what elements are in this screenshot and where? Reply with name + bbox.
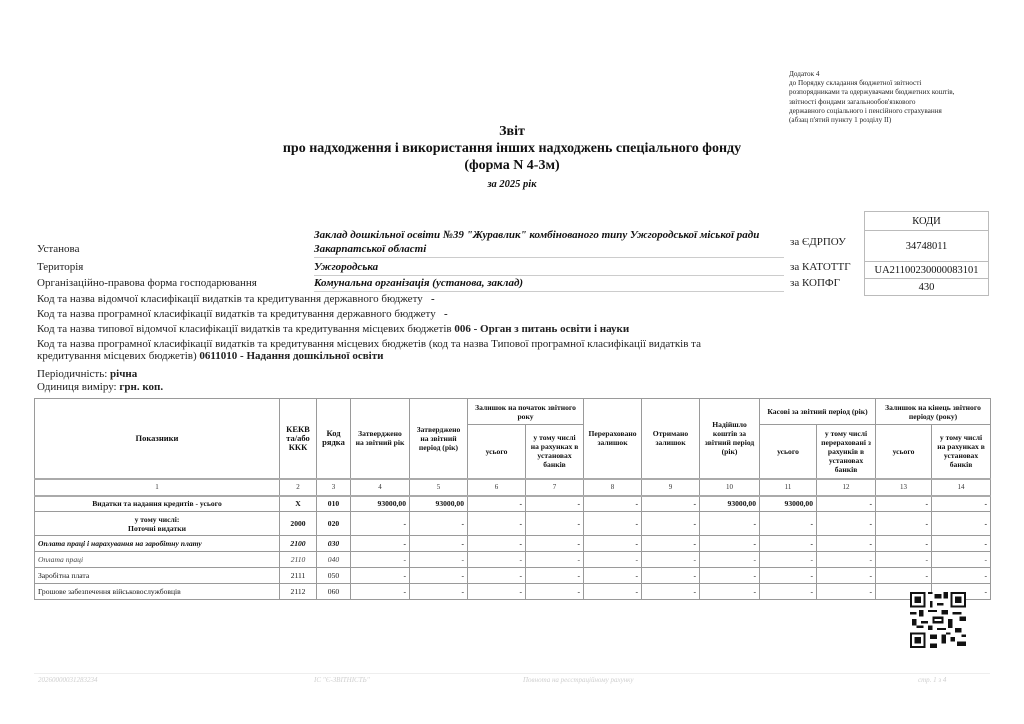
row-value: - <box>642 512 700 536</box>
column-number: 1 <box>35 479 280 496</box>
col-transferred: Перераховано залишок <box>584 399 642 479</box>
qr-code-icon <box>910 592 966 648</box>
row-code: 040 <box>317 552 351 568</box>
footer-page: стр. 1 з 4 <box>918 676 946 684</box>
appendix-line: до Порядку складання бюджетної звітності <box>789 79 1019 88</box>
classification-line-4a: Код та назва програмної класифікації вид… <box>37 338 701 350</box>
col-balance-end-banks: у тому числі на рахунках в установах бан… <box>932 425 991 479</box>
row-value: - <box>410 536 468 552</box>
column-number: 3 <box>317 479 351 496</box>
col-approved-period: Затверджено на звітний період (рік) <box>410 399 468 479</box>
row-value: - <box>642 568 700 584</box>
row-value: - <box>932 536 991 552</box>
row-value: - <box>468 568 526 584</box>
row-value: - <box>584 584 642 600</box>
row-kekv: X <box>280 496 317 512</box>
table-row: Оплата праці2110040----------- <box>35 552 991 568</box>
row-value: - <box>817 512 876 536</box>
row-kekv: 2000 <box>280 512 317 536</box>
row-indicator: Видатки та надання кредитів - усього <box>35 496 280 512</box>
col-funds-received: Надійшло коштів за звітний період (рік) <box>700 399 760 479</box>
institution-name-line1: Заклад дошкільної освіти №39 "Журавлик" … <box>314 229 759 241</box>
row-value: - <box>817 536 876 552</box>
kopfg-label: за КОПФГ <box>790 277 840 289</box>
row-value: - <box>642 584 700 600</box>
row-value: - <box>932 512 991 536</box>
row-indicator-text: Поточні видатки <box>38 524 276 533</box>
table-row: у тому числі:Поточні видатки2000020-----… <box>35 512 991 536</box>
col-kekv: КЕКВ та/або ККК <box>280 399 317 479</box>
row-value: - <box>760 568 817 584</box>
col-balance-start-banks: у тому числі на рахунках в установах бан… <box>526 425 584 479</box>
report-period: за 2025 рік <box>0 179 1024 190</box>
column-number: 10 <box>700 479 760 496</box>
row-value: - <box>526 496 584 512</box>
report-subtitle: про надходження і використання інших над… <box>0 141 1024 157</box>
row-code: 020 <box>317 512 351 536</box>
katottg-label: за КАТОТТГ <box>790 261 851 273</box>
row-value: - <box>700 552 760 568</box>
row-value: - <box>526 552 584 568</box>
row-value: 93000,00 <box>351 496 410 512</box>
row-kekv: 2112 <box>280 584 317 600</box>
org-form-label: Організаційно-правова форма господарюван… <box>37 277 257 289</box>
row-value: - <box>760 536 817 552</box>
row-code: 060 <box>317 584 351 600</box>
row-value: - <box>817 552 876 568</box>
row-value: 93000,00 <box>410 496 468 512</box>
divider <box>314 275 784 276</box>
edrpou-code: 34748011 <box>865 231 989 262</box>
row-value: - <box>410 584 468 600</box>
row-value: - <box>876 536 932 552</box>
row-kekv: 2111 <box>280 568 317 584</box>
row-value: - <box>584 512 642 536</box>
row-code: 030 <box>317 536 351 552</box>
row-value: - <box>932 552 991 568</box>
col-received: Отримано залишок <box>642 399 700 479</box>
codes-table: КОДИ 34748011 UA21100230000083101 430 <box>864 211 989 296</box>
row-value: - <box>876 568 932 584</box>
row-value: - <box>932 568 991 584</box>
column-number: 11 <box>760 479 817 496</box>
column-number: 7 <box>526 479 584 496</box>
row-indicator-text: Грошове забезпечення військовослужбовців <box>38 587 276 596</box>
row-value: - <box>526 512 584 536</box>
row-value: - <box>700 536 760 552</box>
row-value: - <box>700 584 760 600</box>
row-value: - <box>700 568 760 584</box>
row-value: - <box>876 552 932 568</box>
org-form-value: Комунальна організація (установа, заклад… <box>314 277 523 289</box>
row-value: - <box>410 512 468 536</box>
row-indicator-text: Оплата праці і нарахування на заробітну … <box>38 539 276 548</box>
divider <box>314 257 784 258</box>
table-row: Видатки та надання кредитів - усьогоX010… <box>35 496 991 512</box>
edrpou-label: за ЄДРПОУ <box>790 236 846 248</box>
row-value: - <box>468 536 526 552</box>
row-value: - <box>642 496 700 512</box>
col-indicators: Показники <box>35 399 280 479</box>
row-value: 93000,00 <box>760 496 817 512</box>
col-cash-total: усього <box>760 425 817 479</box>
classification-line-1: Код та назва відомчої класифікації видат… <box>37 293 435 305</box>
row-value: - <box>584 552 642 568</box>
row-code: 050 <box>317 568 351 584</box>
row-value: - <box>468 496 526 512</box>
institution-name-line2: Закарпатської області <box>314 243 426 255</box>
row-indicator-text: Оплата праці <box>38 555 276 564</box>
column-number-row: 1234567891011121314 <box>35 479 991 496</box>
row-value: - <box>351 512 410 536</box>
row-indicator-text: Видатки та надання кредитів - усього <box>38 499 276 508</box>
row-value: - <box>468 512 526 536</box>
classification-line-2: Код та назва програмної класифікації вид… <box>37 308 448 320</box>
row-value: - <box>760 552 817 568</box>
row-value: - <box>351 552 410 568</box>
appendix-line: державного соціального і пенсійного стра… <box>789 107 1019 116</box>
appendix-line: Додаток 4 <box>789 70 1019 79</box>
col-cash: Касові за звітний період (рік) <box>760 399 876 425</box>
row-value: - <box>642 552 700 568</box>
col-balance-start: Залишок на початок звітного року <box>468 399 584 425</box>
row-value: - <box>876 496 932 512</box>
row-value: - <box>526 584 584 600</box>
row-value: 93000,00 <box>700 496 760 512</box>
divider <box>314 291 784 292</box>
row-value: - <box>468 552 526 568</box>
row-value: - <box>410 552 468 568</box>
row-value: - <box>351 584 410 600</box>
column-number: 8 <box>584 479 642 496</box>
report-form: (форма N 4-3м) <box>0 158 1024 174</box>
appendix-line: розпорядниками та одержувачами бюджетних… <box>789 88 1019 97</box>
row-value: - <box>584 536 642 552</box>
row-value: - <box>932 496 991 512</box>
table-row: Оплата праці і нарахування на заробітну … <box>35 536 991 552</box>
periodicity: Періодичність: річна <box>37 368 137 380</box>
col-approved-year: Затверджено на звітний рік <box>351 399 410 479</box>
row-value: - <box>526 568 584 584</box>
column-number: 12 <box>817 479 876 496</box>
row-value: - <box>584 496 642 512</box>
row-indicator-text: Заробітна плата <box>38 571 276 580</box>
col-balance-end: Залишок на кінець звітного періоду (року… <box>876 399 991 425</box>
report-table: Показники КЕКВ та/або ККК Код рядка Затв… <box>34 398 991 600</box>
column-number: 9 <box>642 479 700 496</box>
appendix-line: звітності фондами загальнообов'язкового <box>789 98 1019 107</box>
footer-doc-id: 20260000031283234 <box>38 676 98 684</box>
row-code: 010 <box>317 496 351 512</box>
codes-header: КОДИ <box>865 212 989 231</box>
row-value: - <box>584 568 642 584</box>
column-number: 2 <box>280 479 317 496</box>
row-value: - <box>468 584 526 600</box>
row-value: - <box>410 568 468 584</box>
col-balance-end-total: усього <box>876 425 932 479</box>
row-value: - <box>700 512 760 536</box>
row-value: - <box>351 568 410 584</box>
territory-label: Територія <box>37 261 83 273</box>
row-kekv: 2110 <box>280 552 317 568</box>
row-indicator: Заробітна плата <box>35 568 280 584</box>
row-kekv: 2100 <box>280 536 317 552</box>
row-value: - <box>876 512 932 536</box>
unit-of-measure: Одиниця виміру: грн. коп. <box>37 381 163 393</box>
table-row: Заробітна плата2111050----------- <box>35 568 991 584</box>
row-value: - <box>642 536 700 552</box>
row-value: - <box>526 536 584 552</box>
row-value: - <box>817 496 876 512</box>
row-indicator: Оплата праці і нарахування на заробітну … <box>35 536 280 552</box>
row-indicator: Оплата праці <box>35 552 280 568</box>
footer-note: Повнота на реєстраційному рахунку <box>523 676 634 684</box>
column-number: 14 <box>932 479 991 496</box>
column-number: 13 <box>876 479 932 496</box>
table-row: Грошове забезпечення військовослужбовців… <box>35 584 991 600</box>
kopfg-code: 430 <box>865 279 989 296</box>
row-value: - <box>817 584 876 600</box>
col-row-code: Код рядка <box>317 399 351 479</box>
footer-system: ІС "Є-ЗВІТНІСТЬ" <box>314 676 370 684</box>
row-value: - <box>817 568 876 584</box>
row-value: - <box>760 584 817 600</box>
col-balance-start-total: усього <box>468 425 526 479</box>
row-indicator-prefix: у тому числі: <box>38 515 276 524</box>
column-number: 5 <box>410 479 468 496</box>
footer-divider <box>34 673 990 674</box>
appendix-note: Додаток 4 до Порядку складання бюджетної… <box>789 70 1019 125</box>
row-value: - <box>760 512 817 536</box>
row-indicator: у тому числі:Поточні видатки <box>35 512 280 536</box>
classification-line-4b: кредитування місцевих бюджетів) 0611010 … <box>37 350 383 362</box>
row-indicator: Грошове забезпечення військовослужбовців <box>35 584 280 600</box>
classification-line-3: Код та назва типової відомчої класифікац… <box>37 323 629 335</box>
katottg-code: UA21100230000083101 <box>865 262 989 279</box>
territory-value: Ужгородська <box>314 261 378 273</box>
column-number: 6 <box>468 479 526 496</box>
col-cash-banks: у тому числі перераховані з рахунків в у… <box>817 425 876 479</box>
report-title: Звіт <box>0 124 1024 140</box>
institution-label: Установа <box>37 243 80 255</box>
column-number: 4 <box>351 479 410 496</box>
row-value: - <box>351 536 410 552</box>
